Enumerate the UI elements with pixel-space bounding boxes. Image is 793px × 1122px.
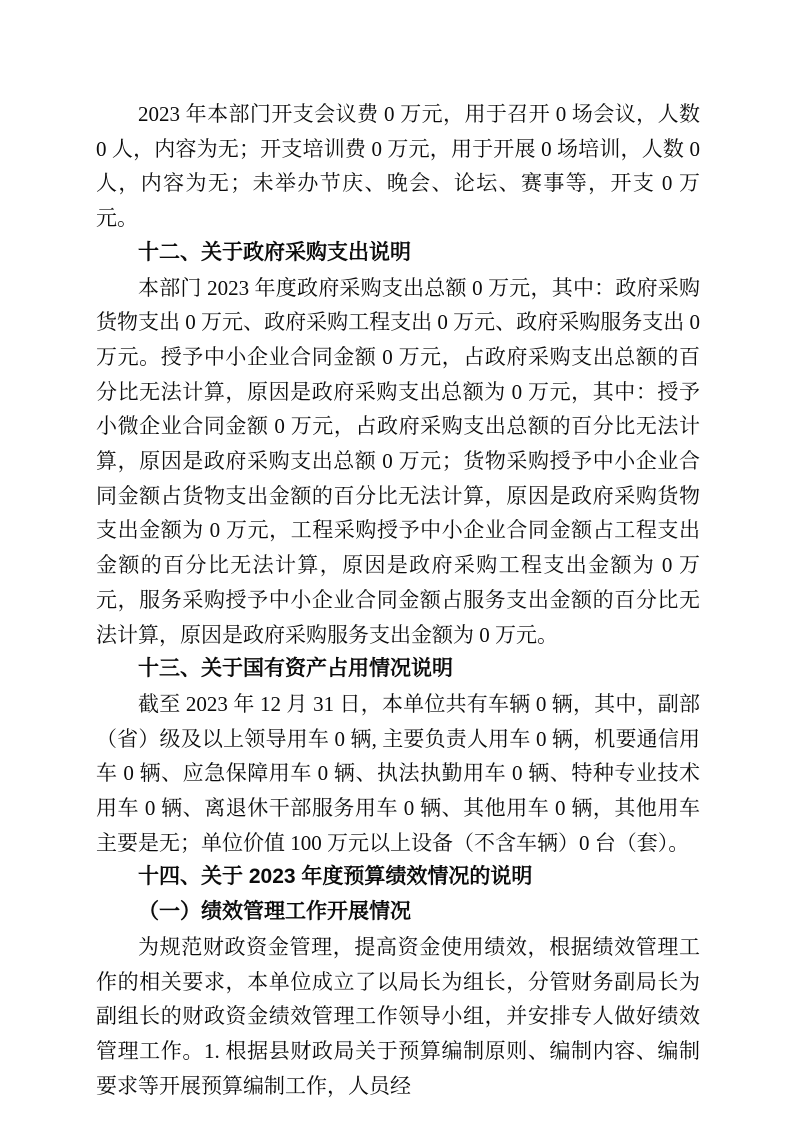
para-procurement-spending-details: 本部门 2023 年度政府采购支出总额 0 万元，其中：政府采购货物支出 0 万… xyxy=(96,271,700,653)
para-state-assets-vehicles-details: 截至 2023 年 12 月 31 日，本单位共有车辆 0 辆，其中，副部（省）… xyxy=(96,687,700,861)
subheading-performance-management-work: （一）绩效管理工作开展情况 xyxy=(96,895,700,930)
heading-section-12-procurement-spending: 十二、关于政府采购支出说明 xyxy=(96,236,700,271)
para-meeting-training-expenses: 2023 年本部门开支会议费 0 万元，用于召开 0 场会议，人数 0 人，内容… xyxy=(96,97,700,236)
document-page: 2023 年本部门开支会议费 0 万元，用于召开 0 场会议，人数 0 人，内容… xyxy=(0,0,793,1122)
heading-section-14-budget-performance: 十四、关于 2023 年度预算绩效情况的说明 xyxy=(96,860,700,895)
heading-section-13-state-assets: 十三、关于国有资产占用情况说明 xyxy=(96,652,700,687)
para-performance-management-details: 为规范财政资金管理，提高资金使用绩效，根据绩效管理工作的相关要求，本单位成立了以… xyxy=(96,930,700,1104)
document-body: 2023 年本部门开支会议费 0 万元，用于召开 0 场会议，人数 0 人，内容… xyxy=(96,97,700,1103)
